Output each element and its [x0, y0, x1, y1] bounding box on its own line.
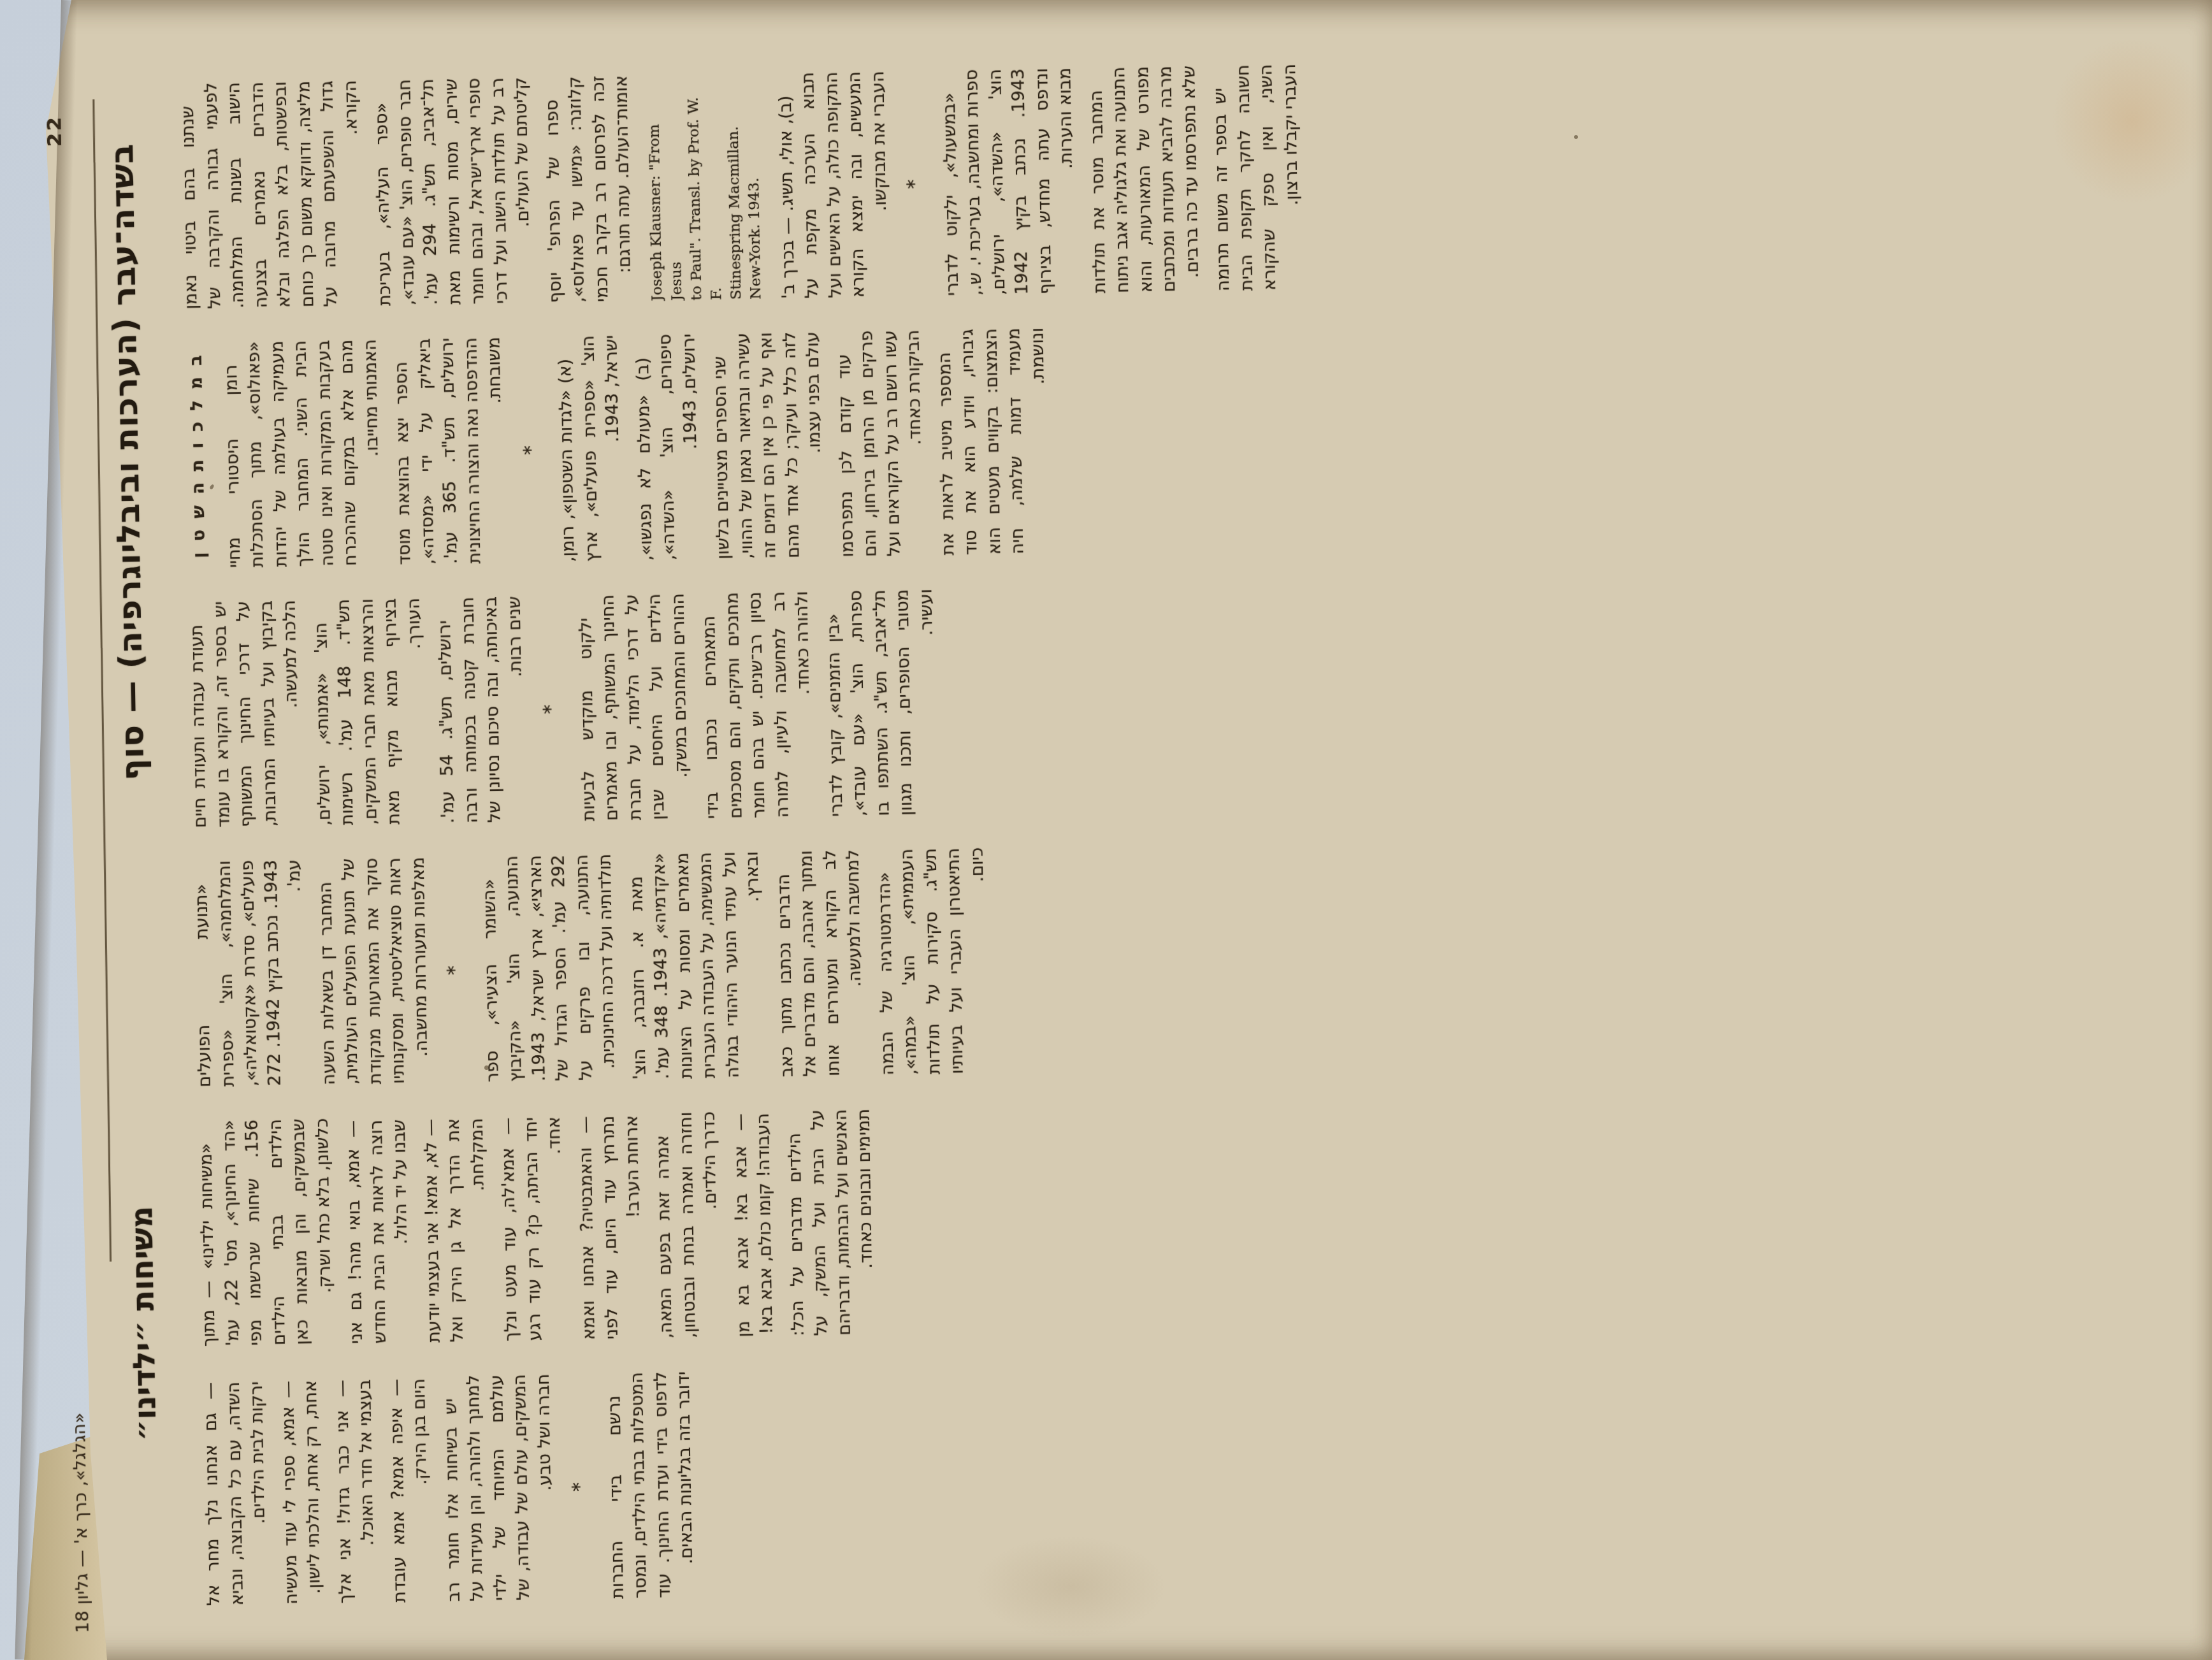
dialogue-line: — אני כבר גדול! אני אלך בעצמי אל חדר האו…	[330, 1376, 380, 1603]
text-column-2: ב מ ל כ ו ת ה ש ט ןרומן היסטורי מחיי «פא…	[180, 308, 2164, 568]
english-citation-block: Joseph Klausner: "From Jesus to Paul". T…	[644, 82, 766, 301]
text-column-4: «תנועת הפועלים והמלחמה», הוצ' «ספרית פוע…	[190, 826, 2173, 1087]
journal-issue-line: «הגלגל», כרך א' — גליון 18	[69, 1412, 93, 1633]
body-paragraph: המחבר דן בשאלות השעה של תנועת הפועלים הע…	[314, 857, 434, 1085]
body-paragraph: «תנועת הפועלים והמלחמה», הוצ' «ספרית פוע…	[190, 859, 310, 1087]
body-paragraph: שני הספרים מצטיינים בלשון עשירה ובתיאור …	[708, 331, 828, 559]
body-paragraph: ירושלים, תש"ג. 54 עמ'. חוברת קטנה בכמותה…	[433, 596, 530, 823]
section-divider-asterisk: *	[901, 70, 929, 297]
dialogue-line: — אמא, בואי מהר! גם אני רוצה לראות את הב…	[342, 1116, 416, 1344]
body-paragraph: הדברים נכתבו מתוך כאב ומתוך אהבה, והם מד…	[772, 849, 869, 1077]
body-paragraph: «השומר הצעיר», ספר התנועה, הוצ' «הקיבוץ …	[477, 854, 621, 1083]
body-paragraph: הוצ' «אמנות», ירושלים, תש"ד. 148 עמ'. רש…	[309, 598, 430, 826]
text-column-3: תעודת עבודה ותעודת חיים יש בספר זה, והקו…	[185, 567, 2169, 828]
section-divider-asterisk: *	[567, 1373, 594, 1600]
body-paragraph: יש בשיחות אלו חומר רב למחנך ולהורה, והן …	[438, 1374, 559, 1602]
body-paragraph: תעודת עבודה ותעודת חיים יש בספר זה, והקו…	[185, 600, 306, 828]
spaced-subheading: ב מ ל כ ו ת ה ש ט ן	[184, 342, 212, 569]
body-paragraph: יש בספר זה משום תרומה חשובה לחקר תקופת ה…	[1208, 64, 1305, 291]
photo-of-journal-page: { "photo": { "background_color": "#ccd5d…	[0, 0, 2212, 1660]
section-divider-asterisk: *	[537, 595, 565, 822]
body-paragraph: מאת א. רוזנברג, הוצ' «אקדמיה», 1943. 348…	[625, 851, 768, 1080]
running-header: «הגלגל», כרך א' — גליון 18 22	[42, 59, 99, 1633]
body-paragraph: אמרה זאת בפעם המאה, וחזרה ואמרה בנחת ובב…	[651, 1111, 725, 1339]
body-paragraph: עוד קודם לכן נתפרסמו פרקים מן הרומן בירח…	[832, 329, 929, 557]
body-paragraph: ספרו של הפרופ' יוסף קלוזנר: «מישו עד פאו…	[540, 75, 637, 303]
body-paragraph: «הדרמטורגיה של הבמה העממית», הוצ' «במה»,…	[872, 848, 993, 1076]
body-paragraph: המספר מיטיב לראות את גיבוריו, ויודע הוא …	[933, 328, 1053, 556]
section-divider-asterisk: *	[517, 336, 545, 563]
section-divider-asterisk: *	[442, 856, 469, 1083]
body-paragraph: (ב), אולי, תשיג. — בכרך ב' תבוא הערכה מק…	[774, 71, 894, 299]
page-number: 22	[43, 115, 66, 147]
text-columns: שנתנו בהם ביטוי נאמן לפעמי גבורה והקרבה …	[176, 48, 2181, 1606]
body-paragraph: נרשם בידי החברות המטפלות בבתי הילדים, ונ…	[602, 1371, 699, 1599]
dialogue-line: — איפה אמא? אמא עובדת היום בגן הירק.	[384, 1376, 435, 1603]
section-title-bibliography: בשדה־עבר (הערכות וביבליוגרפיה) — סוף	[103, 143, 157, 1138]
dialogue-line: — אבא בא! אבא בא מן העבודה! קומו כולם, א…	[728, 1110, 779, 1337]
body-paragraph: רומן היסטורי מחיי «פאולוס», מתוך הסתכלות…	[219, 339, 386, 568]
body-paragraph: (ב) «מעולם לא נפגשו», סיפורים, הוצ' «השד…	[631, 333, 705, 561]
body-paragraph: «בין הזמנים», קובץ לדברי ספרות, הוצ' «עם…	[821, 589, 942, 817]
section-title-children-talks: משיחות ״ילדינו״	[122, 1081, 166, 1566]
body-paragraph: ילקוט מוקדש לבעיות החינוך המשותף, ובו מא…	[574, 593, 694, 821]
dialogue-line: — גם אנחנו נלך מחר אל השדה, עם כל הקבוצה…	[199, 1378, 273, 1606]
body-paragraph: «במשעול», ילקוט לדברי ספרות ומחשבה, בערי…	[937, 68, 1081, 296]
dialogue-line: — והאמבטיה? אנחנו ואמא נתרחץ עוד היום, ע…	[574, 1113, 647, 1340]
dialogue-line: — אמא, ספרי לי עוד מעשיה אחת, רק אחת, וה…	[276, 1378, 326, 1605]
body-paragraph: «משיחות ילדינו» — מתוך «הד החינוך», מס' …	[194, 1118, 338, 1347]
printed-page-content: «הגלגל», כרך א' — גליון 18 22 בשדה־עבר (…	[27, 13, 2209, 1644]
body-paragraph: המאמרים נכתבו בידי מחנכים ותיקים, והם מס…	[697, 591, 818, 819]
text-column-5: «משיחות ילדינו» — מתוך «הד החינוך», מס' …	[194, 1086, 2178, 1346]
body-paragraph: המחבר מוסר את תולדות התנועה ואת גלגוליה …	[1085, 66, 1205, 294]
dialogue-line: — לא, אמא! אני בעצמי יודעת את הדרך אל גן…	[419, 1115, 493, 1343]
dialogue-line: — אמא'לה, עוד מעט ונלך יחד הביתה, כן? רק…	[496, 1114, 570, 1341]
text-column-6: — גם אנחנו נלך מחר אל השדה, עם כל הקבוצה…	[199, 1345, 2182, 1606]
body-paragraph: (א) «לגדות השטפון», רומן, הוצ' «ספרית פו…	[553, 335, 627, 562]
body-paragraph: שנתנו בהם ביטוי נאמן לפעמי גבורה והקרבה …	[176, 80, 366, 310]
body-paragraph: «ספר העליה», בעריכת חבר סופרים, הוצ' «עם…	[370, 77, 537, 306]
body-paragraph: הספר יצא בהוצאת מוסד ביאליק על ידי «מסדה…	[389, 337, 510, 565]
text-column-1: שנתנו בהם ביטוי נאמן לפעמי גבורה והקרבה …	[176, 48, 2159, 309]
body-paragraph: הילדים מדברים על הכל: על הבית ועל המשק, …	[783, 1109, 879, 1336]
